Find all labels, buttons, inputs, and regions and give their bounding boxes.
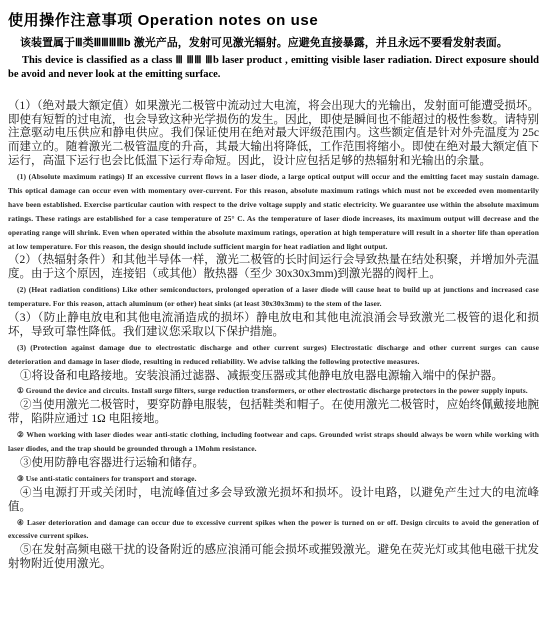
protective-measures-list: ①将设备和电路接地。安装浪涌过滤器、减振变压器或其他静电放电器电源输入端中的保护… [8,370,539,573]
measure-item-5: ⑤在发射高频电磁干扰的设备附近的感应浪涌可能会损坏或摧毁激光。避免在荧光灯或其他… [8,544,539,572]
section-3-text-en: (3) (Protection against damage due to el… [8,341,539,369]
document-title: 使用操作注意事项 Operation notes on use [8,9,539,30]
section-2-text-en: (2) (Heat radiation conditions) Like oth… [8,283,539,311]
section-esd-protection: （3）（防止静电放电和其他电流涌造成的损坏）静电放电和其他电流浪涌会导致激光二极… [8,312,539,369]
measure-item-4: ④当电源打开或关闭时，电流峰值过多会导致激光损坏和损坏。设计电路，以避免产生过大… [8,487,539,544]
measure-item-1: ①将设备和电路接地。安装浪涌过滤器、减振变压器或其他静电放电器电源输入端中的保护… [8,370,539,399]
manual-page: 使用操作注意事项 Operation notes on use 该装置属于Ⅲ类Ⅲ… [0,0,548,637]
measure-2-text-zh: ②当使用激光二极管时，要穿防静电服装，包括鞋类和帽子。在使用激光二极管时，应始终… [8,399,539,427]
measure-3-text-zh: ③使用防静电容器进行运输和储存。 [8,457,539,471]
section-3-text-zh: （3）（防止静电放电和其他电流涌造成的损坏）静电放电和其他电流浪涌会导致激光二极… [8,312,539,340]
classification-warning-en: This device is classified as a class Ⅲ Ⅲ… [8,54,539,82]
measure-1-text-en: ① Ground the device and circuits. Instal… [8,384,539,398]
measure-4-text-en: ④ Laser deterioration and damage can occ… [8,516,539,544]
measure-5-text-zh: ⑤在发射高频电磁干扰的设备附近的感应浪涌可能会损坏或摧毁激光。避免在荧光灯或其他… [8,544,539,572]
section-2-text-zh: （2）（热辐射条件）和其他半导体一样，激光二极管的长时间运行会导致热量在结处积聚… [8,254,539,282]
measure-3-text-en: ③ Use anti-static containers for transpo… [8,472,539,486]
measure-2-text-en: ② When working with laser diodes wear an… [8,428,539,456]
measure-4-text-zh: ④当电源打开或关闭时，电流峰值过多会导致激光损坏和损坏。设计电路，以避免产生过大… [8,487,539,515]
classification-warning-zh: 该装置属于Ⅲ类ⅢⅢⅢⅢb 激光产品，发射可见激光辐射。应避免直接暴露，并且永远不… [8,36,539,52]
measure-1-text-zh: ①将设备和电路接地。安装浪涌过滤器、减振变压器或其他静电放电器电源输入端中的保护… [8,370,539,384]
section-1-text-zh: （1）（绝对最大额定值）如果激光二极管中流动过大电流，将会出现大的光输出，发射面… [8,100,539,170]
section-1-text-en: (1) (Absolute maximum ratings) If an exc… [8,170,539,253]
section-heat-radiation: （2）（热辐射条件）和其他半导体一样，激光二极管的长时间运行会导致热量在结处积聚… [8,254,539,311]
measure-item-2: ②当使用激光二极管时，要穿防静电服装，包括鞋类和帽子。在使用激光二极管时，应始终… [8,399,539,456]
section-absolute-maximum-ratings: （1）（绝对最大额定值）如果激光二极管中流动过大电流，将会出现大的光输出，发射面… [8,100,539,254]
measure-item-3: ③使用防静电容器进行运输和储存。 ③ Use anti-static conta… [8,457,539,486]
